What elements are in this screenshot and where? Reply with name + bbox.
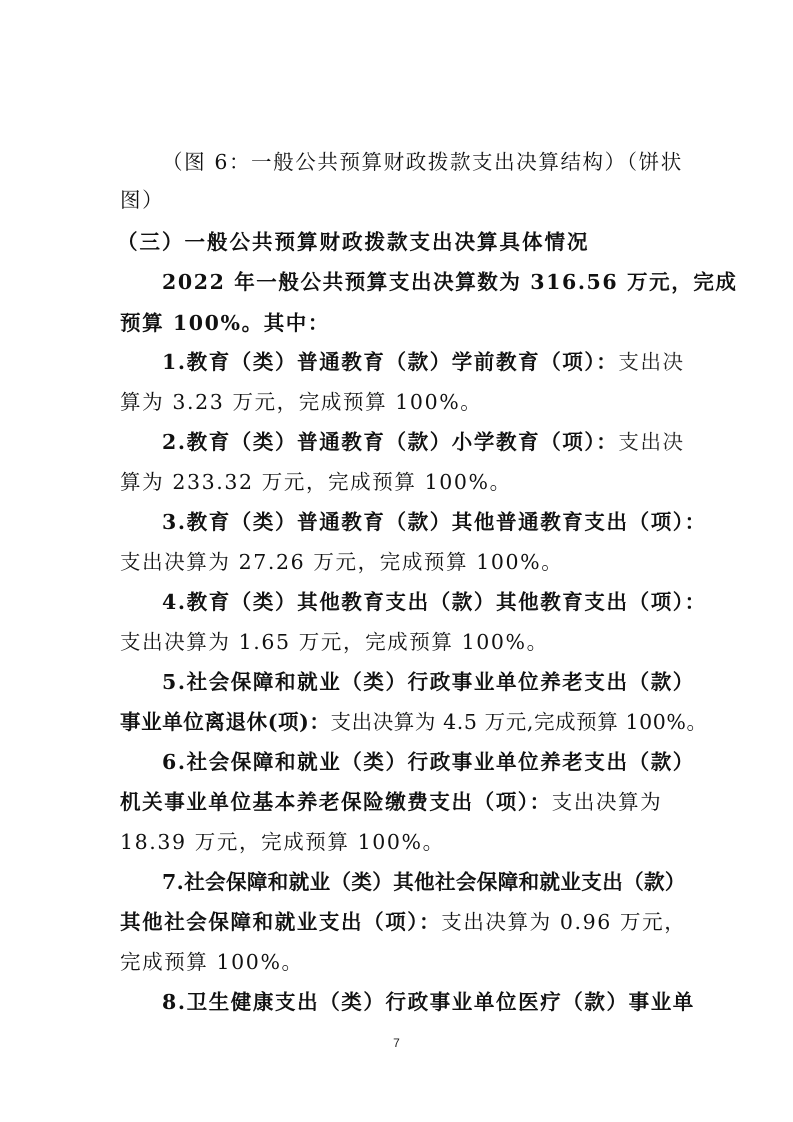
figure-caption-cont: 图） bbox=[120, 190, 680, 211]
item-8-title: 8.卫生健康支出（类）行政事业单位医疗（款）事业单 bbox=[162, 992, 722, 1013]
item-4-title: 4.教育（类）其他教育支出（款）其他教育支出（项）： bbox=[162, 592, 722, 613]
item-7-detail-cont: 完成预算 100%。 bbox=[120, 952, 680, 973]
item-4-detail: 支出决算为 1.65 万元，完成预算 100%。 bbox=[120, 632, 680, 653]
item-3-detail: 支出决算为 27.26 万元，完成预算 100%。 bbox=[120, 552, 680, 573]
item-1-detail: 算为 3.23 万元，完成预算 100%。 bbox=[120, 392, 680, 413]
document-page: （图 6：一般公共预算财政拨款支出决算结构）（饼状 图） （三）一般公共预算财政… bbox=[0, 0, 793, 1122]
item-3-title: 3.教育（类）普通教育（款）其他普通教育支出（项）： bbox=[162, 512, 722, 533]
page-number: 7 bbox=[0, 1036, 793, 1050]
item-5-detail: 事业单位离退休(项)：支出决算为 4.5 万元,完成预算 100%。 bbox=[120, 712, 680, 733]
item-2-detail: 算为 233.32 万元，完成预算 100%。 bbox=[120, 472, 680, 493]
item-5-title: 5.社会保障和就业（类）行政事业单位养老支出（款） bbox=[162, 672, 722, 693]
item-2-title: 2.教育（类）普通教育（款）小学教育（项）：支出决 bbox=[162, 432, 722, 453]
figure-caption: （图 6：一般公共预算财政拨款支出决算结构）（饼状 bbox=[162, 152, 722, 173]
item-7-detail: 其他社会保障和就业支出（项）：支出决算为 0.96 万元， bbox=[120, 912, 680, 933]
item-7-title: 7.社会保障和就业（类）其他社会保障和就业支出（款） bbox=[162, 872, 722, 893]
item-6-detail-cont: 18.39 万元，完成预算 100%。 bbox=[120, 832, 680, 853]
summary-line-1: 2022 年一般公共预算支出决算数为 316.56 万元，完成 bbox=[162, 272, 722, 293]
item-1-title: 1.教育（类）普通教育（款）学前教育（项）：支出决 bbox=[162, 352, 722, 373]
item-6-detail: 机关事业单位基本养老保险缴费支出（项）：支出决算为 bbox=[120, 792, 680, 813]
section-heading: （三）一般公共预算财政拨款支出决算具体情况 bbox=[117, 232, 677, 253]
summary-line-2: 预算 100%。其中： bbox=[120, 313, 680, 334]
item-6-title: 6.社会保障和就业（类）行政事业单位养老支出（款） bbox=[162, 752, 722, 773]
